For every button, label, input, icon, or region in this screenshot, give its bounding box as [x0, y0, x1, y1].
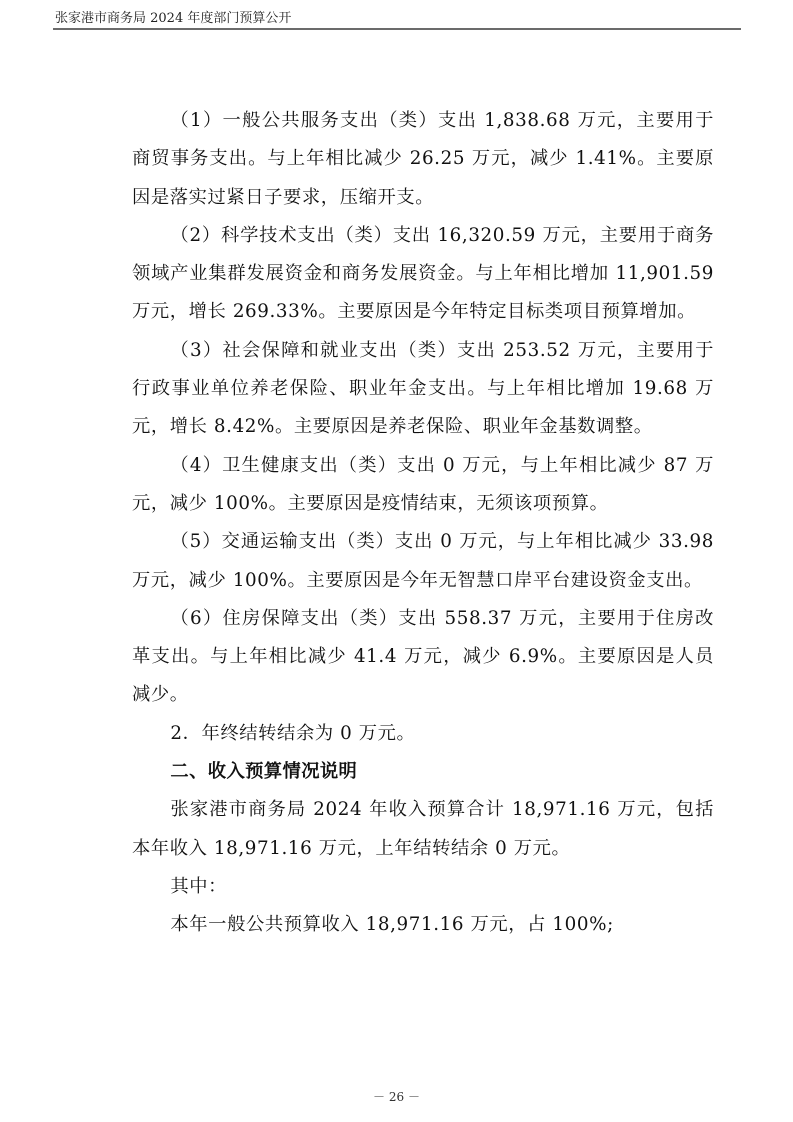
paragraph-housing: （6）住房保障支出（类）支出 558.37 万元，主要用于住房改革支出。与上年相… [132, 600, 714, 715]
page-number: － 26 － [0, 1088, 793, 1105]
paragraph-transportation: （5）交通运输支出（类）支出 0 万元，与上年相比减少 33.98 万元，减少 … [132, 523, 714, 600]
paragraph-science-technology: （2）科学技术支出（类）支出 16,320.59 万元，主要用于商务领域产业集群… [132, 217, 714, 332]
paragraph-general-budget-income: 本年一般公共预算收入 18,971.16 万元，占 100%; [132, 906, 714, 944]
paragraph-income-total: 张家港市商务局 2024 年收入预算合计 18,971.16 万元，包括本年收入… [132, 791, 714, 868]
paragraph-social-security: （3）社会保障和就业支出（类）支出 253.52 万元，主要用于行政事业单位养老… [132, 332, 714, 447]
section-heading: 二、收入预算情况说明 [132, 753, 714, 791]
paragraph-general-public-services: （1）一般公共服务支出（类）支出 1,838.68 万元，主要用于商贸事务支出。… [132, 102, 714, 217]
document-body: （1）一般公共服务支出（类）支出 1,838.68 万元，主要用于商贸事务支出。… [132, 102, 714, 945]
paragraph-health: （4）卫生健康支出（类）支出 0 万元，与上年相比减少 87 万元，减少 100… [132, 447, 714, 524]
header-rule [53, 28, 741, 30]
running-header: 张家港市商务局 2024 年度部门预算公开 [55, 7, 291, 26]
paragraph-year-end-balance: 2．年终结转结余为 0 万元。 [132, 715, 714, 753]
paragraph-among: 其中： [132, 868, 714, 906]
